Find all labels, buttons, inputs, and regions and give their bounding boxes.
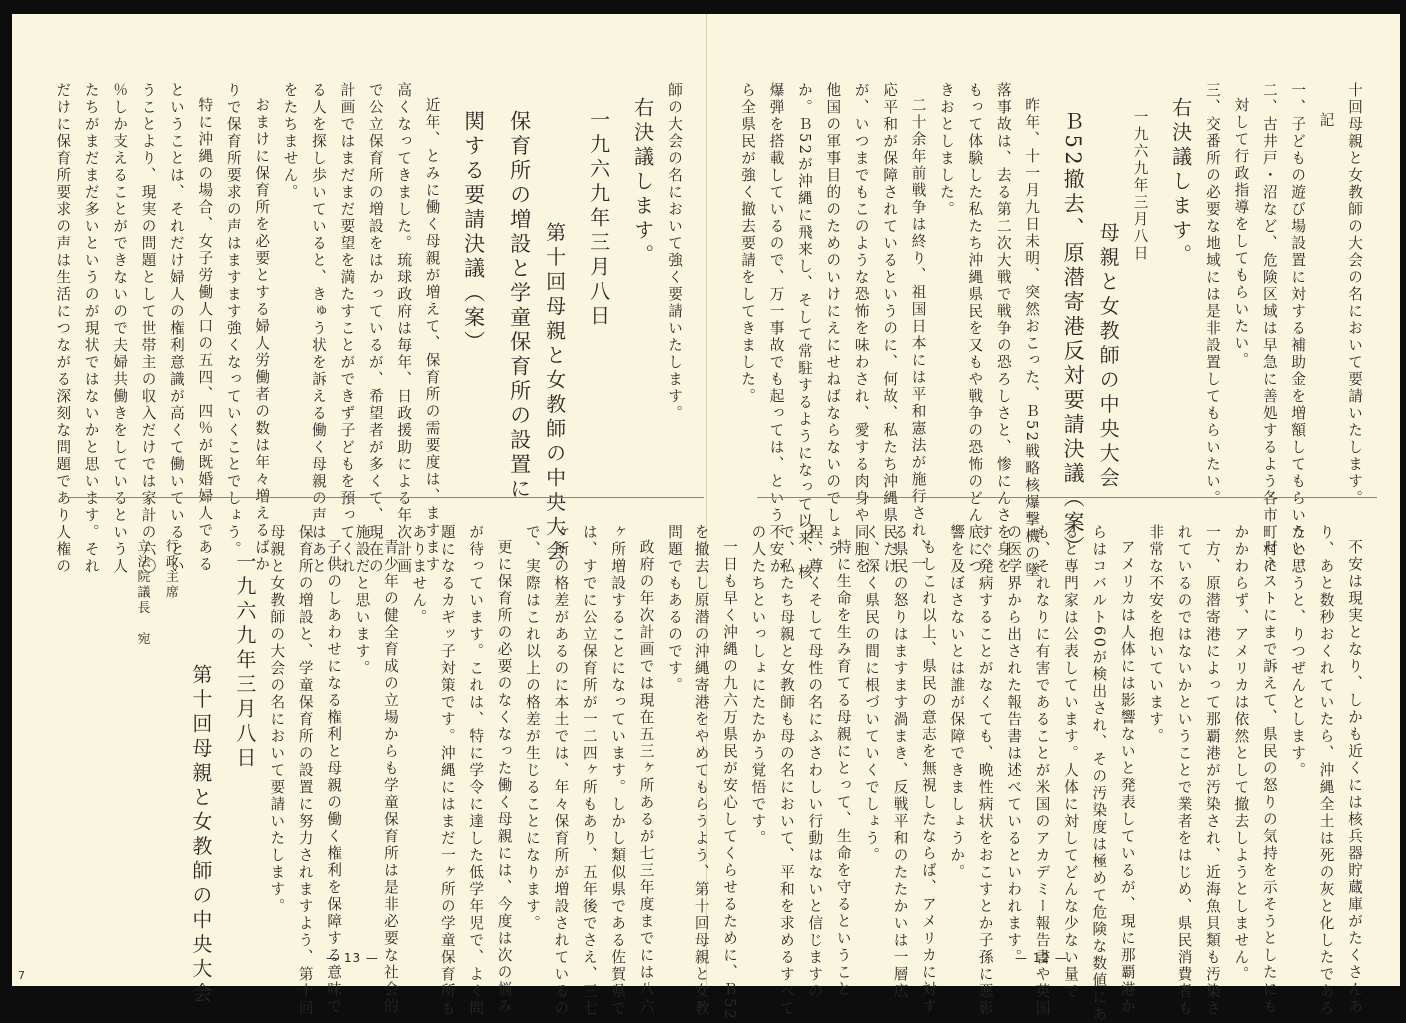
text-column: 一方、原潜寄港によって那覇港が汚染され、近海魚貝類も汚染さ <box>1198 524 1226 944</box>
text-column: 昨年、十一月九日未明、突然おこった、Ｂ52戦略核爆撃機の墜 <box>1017 82 1045 502</box>
text-column: 計画ではまだまだ要望を満たすことができず子どもを預ってくれ <box>332 82 360 502</box>
text-column: 関する要請決議（案） <box>456 82 492 502</box>
text-column: 高くなってきました。琉球政府は毎年、日政援助による年次計画 <box>389 82 417 502</box>
text-column: おまけに保育所を必要とする婦人労働者の数は年々増えるばか <box>247 82 275 502</box>
text-column: うと思うと、りつぜんとします。 <box>1283 524 1311 944</box>
scan-corner-mark: 7 <box>18 969 25 982</box>
text-column: く、深く県民の間に根づいていくでしょう。 <box>857 524 885 944</box>
text-column: ら全県民が強く撤去要請をしてきました。 <box>733 82 761 502</box>
text-column: 他国の軍事目的のためのいけにえにせねばならないのでしょう <box>818 82 846 502</box>
text-column: 一九六九年三月八日 <box>228 524 262 944</box>
text-column: 二、古井戸・沼など、危険区域は早急に善処するよう各市町村に <box>1254 82 1282 502</box>
text-column: 更に保育所の必要のなくなった働く母親には、今度は次の悩み <box>489 524 517 944</box>
text-column: る人を探し歩いていると、きゅう状を訴える働く母親の声はあと <box>304 82 332 502</box>
text-column: 一九六九年三月八日 <box>582 82 616 502</box>
text-column: の医学界から出された報告書は述べているといわれます。 <box>999 524 1027 944</box>
text-column: 第十回母親と女教師の中央大会 <box>538 82 572 502</box>
text-column: 右決議します。 <box>1164 82 1198 502</box>
text-column: 子供のしあわせになる権利と母親の働く権利を保障する意味で <box>319 524 347 944</box>
text-column: もしこれ以上、県民の意志を無視したならば、アメリカに対す <box>914 524 942 944</box>
text-column: が、いつまでもこのような恐怖を味わされ、愛する肉身や同胞を <box>846 82 874 502</box>
text-column: ヶ所増設することになっています。しかし類似県である佐賀県で <box>603 524 631 944</box>
text-column: 二十余年前戦争は終り、祖国日本には平和憲法が施行され、一 <box>903 82 931 502</box>
text-column: 対して行政指導をしてもらいたい。 <box>1226 82 1254 502</box>
text-column: 行政主席 <box>156 524 184 944</box>
text-column: 一日も早く沖縄の九六万県民が安心してくらせるために、Ｂ52 <box>715 524 743 944</box>
text-column: 近年、とみに働く母親が増えて、保育所の需要度は、ますます <box>417 82 445 502</box>
text-column: 爆弾を搭載しているので、万一事故でも起っては、という不安か <box>761 82 789 502</box>
text-column: ということは、それだけ婦人の権利意識が高くて働いているとい <box>162 82 190 502</box>
text-column: 政府の年次計画では現在五三ヶ所あるが七三年度までには八六 <box>631 524 659 944</box>
text-column: 記 <box>1311 82 1339 502</box>
page-13: 師の大会の名において強く要請いたします。右決議します。一九六九年三月八日第十回母… <box>12 14 707 986</box>
text-column: が待っています。これは、特に学令に達した低学年児で、よく問 <box>461 524 489 944</box>
text-column: 問題でもあるのです。 <box>660 524 688 944</box>
page-number: — 12 — <box>1015 951 1068 965</box>
text-column: をたちません。 <box>275 82 303 502</box>
text-column: もって体験した私たち沖縄県民を又もや戦争の恐怖のどん底につ <box>960 82 988 502</box>
text-column: ヶ所の格差があるのに本土では、年々保育所が増設されているの <box>546 524 574 944</box>
text-column: る県民の怒りはますます渦まき、反戦平和のたたかいは一層広 <box>885 524 913 944</box>
page-12-upper-text: 十回母親と女教師の大会の名において要請いたします。記一、子どもの遊び場設置に対す… <box>733 82 1368 502</box>
text-column: は、すでに公立保育所が一二四ヶ所もあり、五年後でさえ、三七 <box>574 524 602 944</box>
text-column: 題になるカギッ子対策です。沖縄にはまだ一ヶ所の学童保育所も <box>432 524 460 944</box>
text-column: かかわらず、アメリカは依然として撤去しようとしません。 <box>1226 524 1254 944</box>
text-column: 第十回母親と女教師の中央大会 <box>184 524 218 944</box>
text-column: 母親と女教師の大会の名において要請いたします。 <box>262 524 290 944</box>
text-column: を撤去し原潜の沖縄寄港をやめてもらうよう、第十回母親と女教 <box>686 524 714 944</box>
text-column: うことより、現実の問題として世帯主の収入だけでは家計の六〇 <box>133 82 161 502</box>
text-column: 母親と女教師の中央大会 <box>1091 82 1125 502</box>
text-column: たちがまだまだ多いというのが現状ではないかと思います。それ <box>76 82 104 502</box>
section-divider-rule <box>68 497 704 498</box>
text-column: Ｂ52撤去、原潜寄港反対要請決議（案） <box>1055 82 1091 502</box>
text-column: も、それなりに有害であることが米国のアカデミー報告書や英国 <box>1027 524 1055 944</box>
text-column: りで保育所要求の声はますます強くなっていくことでしょう。 <box>218 82 246 502</box>
page-12: 十回母親と女教師の大会の名において要請いたします。記一、子どもの遊び場設置に対す… <box>707 14 1400 986</box>
page-number: — 13 — <box>326 951 379 965</box>
text-column: すぐ発病することがなくても、晩性病状をおこすとか子孫に悪影 <box>970 524 998 944</box>
text-column: 落事故は、去る第二次大戦で戦争の恐ろしさと、惨にんさを身を <box>988 82 1016 502</box>
section-divider-rule <box>757 497 1377 498</box>
text-column: アメリカは人体には影響ないと発表しているが、現に那覇港か <box>1112 524 1140 944</box>
text-column: り、あと数秒おくれていたら、沖縄全土は死の灰と化したであろ <box>1311 524 1339 944</box>
text-column: ％しか支えることができないので夫婦共働きをしているという人 <box>105 82 133 502</box>
text-column: きおとしました。 <box>932 82 960 502</box>
page-12-lower-text: 不安は現実となり、しかも近くには核兵器貯蔵庫がたくさんあり、あと数秒おくれていた… <box>686 524 1368 944</box>
text-column: れているのではないかということで業者をはじめ、県民消費者も <box>1169 524 1197 944</box>
text-column: か。Ｂ52が沖縄に飛来し、そして常駐するようになって以来、核 <box>790 82 818 502</box>
text-column: 施設だと思います。 <box>347 524 375 944</box>
text-column: 右決議します。 <box>626 82 660 502</box>
text-column: 響を及ぼさないとは誰が保障できましょうか。 <box>942 524 970 944</box>
text-column: らはコバルト60が検出され、その汚染度は極めて危険な数値にあ <box>1084 524 1112 944</box>
text-column: 三、交番所の必要な地域には是非設置してもらいたい。 <box>1198 82 1226 502</box>
text-column: 師の大会の名において強く要請いたします。 <box>660 82 688 502</box>
text-column: 不安は現実となり、しかも近くには核兵器貯蔵庫がたくさんあ <box>1340 524 1368 944</box>
text-column: 応平和が保障されているというのに、何故、私たち沖縄県民だけ <box>875 82 903 502</box>
text-column: ありません。 <box>404 524 432 944</box>
text-column: だけに保育所要求の声は生活につながる深刻な問題であり人権の <box>48 82 76 502</box>
text-column: ゼネストにまで訴えて、県民の怒りの気持を示そうとしたにも <box>1254 524 1282 944</box>
page-13-lower-text: 問題でもあるのです。政府の年次計画では現在五三ヶ所あるが七三年度までには八六ヶ所… <box>127 524 688 944</box>
text-column: 特に生命を生み育てる母親にとって、生命を守るということ <box>828 524 856 944</box>
text-column: 保育所の増設と、学童保育所の設置に努力されますよう、第十回 <box>290 524 318 944</box>
text-column: 特に沖縄の場合、女子労働人口の五四、四％が既婚婦人である <box>190 82 218 502</box>
text-column: 保育所の増設と学童保育所の設置に <box>502 82 538 502</box>
text-column: 一九六九年三月八日 <box>1125 82 1153 502</box>
text-column: の人たちといっしょにたたかう覚悟です。 <box>743 524 771 944</box>
text-column: で公立保育所の増設をはかっているが、希望者が多くて、現在の <box>360 82 388 502</box>
text-column: で、私たち母親と女教師も母の名において、平和を求めるすべて <box>771 524 799 944</box>
text-column: ると専門家は公表しています。人体に対してどんな少ない量で <box>1056 524 1084 944</box>
text-column: で、実際はこれ以上の格差が生じることになります。 <box>518 524 546 944</box>
text-column: 一、子どもの遊び場設置に対する補助金を増額してもらいたい。 <box>1283 82 1311 502</box>
text-column: 十回母親と女教師の大会の名において要請いたします。 <box>1340 82 1368 502</box>
document-spread: 師の大会の名において強く要請いたします。右決議します。一九六九年三月八日第十回母… <box>12 14 1400 986</box>
page-13-upper-text: 師の大会の名において強く要請いたします。右決議します。一九六九年三月八日第十回母… <box>48 82 688 502</box>
text-column: 立法院議長 宛 <box>127 524 155 944</box>
text-column: 程、尊くそして母性の名にふさわしい行動はないと信じますの <box>800 524 828 944</box>
text-column: 青少年の健全育成の立場からも学童保育所は是非必要な社会的 <box>376 524 404 944</box>
text-column: 非常な不安を抱いています。 <box>1141 524 1169 944</box>
